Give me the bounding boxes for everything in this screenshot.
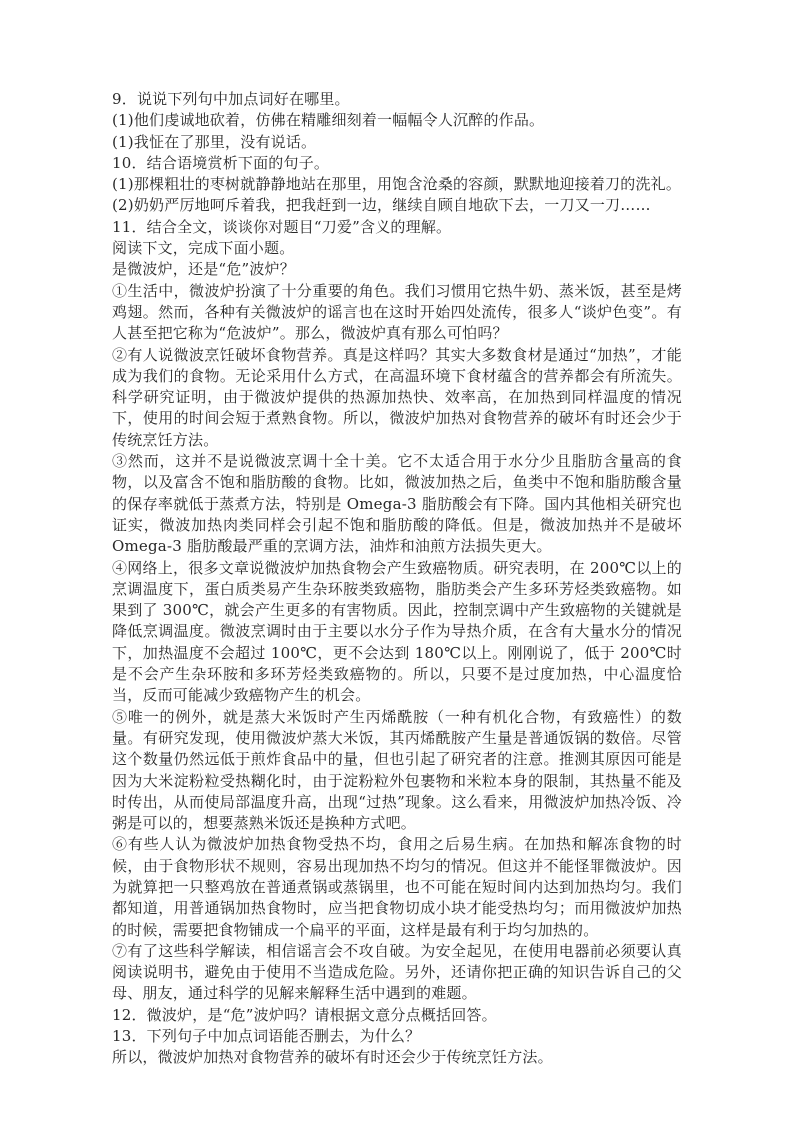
passage-paragraph-4: ④网络上，很多文章说微波炉加热食物会产生致癌物质。研究表明，在 200℃以上的烹…: [112, 558, 682, 707]
document-text-column: 9．说说下列句中加点词好在哪里。(1)他们虔诚地砍着，仿佛在精雕细刻着一幅幅令人…: [112, 89, 682, 1069]
question-13: 13．下列句子中加点词语能否删去，为什么？: [112, 1026, 682, 1047]
question-9-item-1: (1)他们虔诚地砍着，仿佛在精雕细刻着一幅幅令人沉醉的作品。: [112, 110, 682, 131]
passage-title: 是微波炉，还是“危”波炉？: [112, 259, 682, 280]
passage-paragraph-2: ②有人说微波烹饪破坏食物营养。真是这样吗？其实大多数食材是通过“加热”，才能成为…: [112, 345, 682, 451]
question-10-item-1: (1)那棵粗壮的枣树就静静地站在那里，用饱含沧桑的容颜，默默地迎接着刀的洗礼。: [112, 174, 682, 195]
passage-paragraph-3: ③然而，这并不是说微波烹调十全十美。它不太适合用于水分少且脂肪含量高的食物，以及…: [112, 451, 682, 557]
document-page: 9．说说下列句中加点词好在哪里。(1)他们虔诚地砍着，仿佛在精雕细刻着一幅幅令人…: [0, 0, 793, 1122]
question-13-quoted-sentence: 所以，微波炉加热对食物营养的破坏有时还会少于传统烹饪方法。: [112, 1047, 682, 1068]
question-12: 12．微波炉，是“危”波炉吗？请根据文意分点概括回答。: [112, 1005, 682, 1026]
passage-paragraph-1: ①生活中，微波炉扮演了十分重要的角色。我们习惯用它热牛奶、蒸米饭，甚至是烤鸡翅。…: [112, 281, 682, 345]
question-11: 11．结合全文，谈谈你对题目“刀爱”含义的理解。: [112, 217, 682, 238]
reading-instruction: 阅读下文，完成下面小题。: [112, 238, 682, 259]
question-10-item-2: (2)奶奶严厉地呵斥着我，把我赶到一边，继续自顾自地砍下去，一刀又一刀……: [112, 195, 682, 216]
question-9: 9．说说下列句中加点词好在哪里。: [112, 89, 682, 110]
passage-paragraph-6: ⑥有些人认为微波炉加热食物受热不均，食用之后易生病。在加热和解冻食物的时候，由于…: [112, 834, 682, 940]
passage-paragraph-5: ⑤唯一的例外，就是蒸大米饭时产生丙烯酰胺（一种有机化合物，有致癌性）的数量。有研…: [112, 707, 682, 835]
question-10: 10．结合语境赏析下面的句子。: [112, 153, 682, 174]
question-9-item-2: (1)我怔在了那里，没有说话。: [112, 132, 682, 153]
passage-paragraph-7: ⑦有了这些科学解读，相信谣言会不攻自破。为安全起见，在使用电器前必须要认真阅读说…: [112, 941, 682, 1005]
